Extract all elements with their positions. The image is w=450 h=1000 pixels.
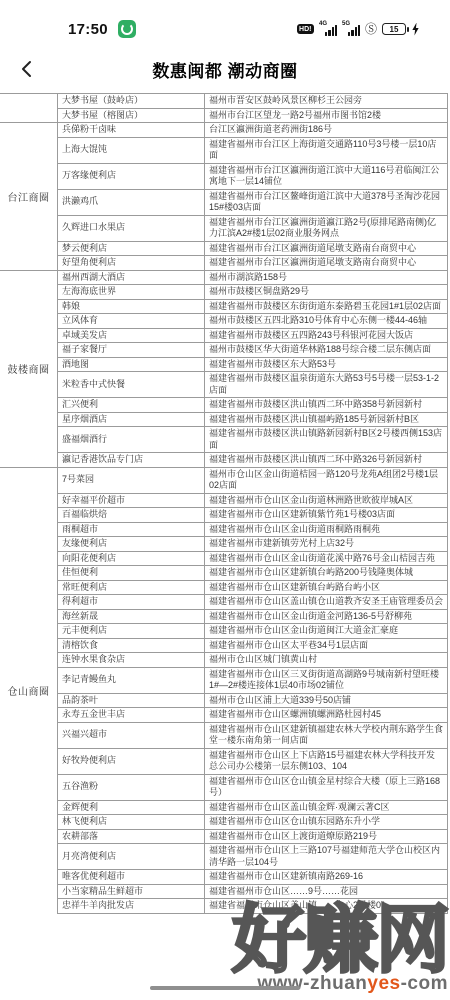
table-row: 左海海底世界福州市鼓楼区铜盘路29号 [58, 285, 447, 300]
table-row: 7号菜园福州市仓山区金山街道桔园一路120号龙苑A组团2号楼1层02店面 [58, 468, 447, 494]
table-row: 卓域美发店福建省福州市鼓楼区五四路243号科银河花园大饭店 [58, 329, 447, 344]
merchant-name: 大梦书屋（鼓岭店） [58, 94, 205, 108]
merchant-address: 福建省福州市仓山区金山街道林洲路世欧彼岸城A区 [205, 494, 447, 508]
table-row: 连钟水果食杂店福州市仓山区城门镇黄山村 [58, 653, 447, 668]
district-rows: 7号菜园福州市仓山区金山街道桔园一路120号龙苑A组团2号楼1层02店面好幸福平… [57, 468, 448, 914]
merchant-name: 金辉便利 [58, 801, 205, 815]
merchant-name: 百福临烘焙 [58, 508, 205, 522]
table-row: 唯客优便利超市福建省福州市仓山区建新镇南路269-16 [58, 870, 447, 885]
merchant-name: 韩娘 [58, 300, 205, 314]
district-group: 台江商圈兵俤粉干卤味台江区瀛洲街道老药洲街186号上海大馄饨福建省福州市台江区上… [0, 122, 448, 270]
table-row: 友缘便利店福建省福州市建新镇劳光村上店32号 [58, 537, 447, 552]
merchant-address: 福建省福州市鼓楼区五四路243号科银河花园大饭店 [205, 329, 447, 343]
merchant-address: 福建省福州市仓山区螺洲镇螺洲路杜园村45 [205, 708, 447, 722]
merchant-address: 福建省福州市仓山区上下店路15号福建农林大学科技开发总公司办公楼第一层东侧103… [205, 749, 447, 774]
merchant-address: 福州市台江区望龙一路2号福州市图书馆2楼 [205, 109, 447, 123]
merchant-name: 连钟水果食杂店 [58, 653, 205, 667]
table-row: 百福临烘焙福建省福州市仓山区建新镇紫竹苑1号楼03店面 [58, 508, 447, 523]
table-row: 福州西湖大酒店福州市湖滨路158号 [58, 271, 447, 286]
watermark: 好赚网 www-zhuanyes-com [232, 906, 448, 994]
merchant-name: 佳恒便利 [58, 566, 205, 580]
merchant-name: 好幸福平价超市 [58, 494, 205, 508]
merchant-address: 福州市鼓楼区华大街道华林路188号综合楼二层东侧店面 [205, 343, 447, 357]
table-row: 农耕部落福建省福州市仓山区上渡街道燎原路219号 [58, 830, 447, 845]
table-row: 立风体育福州市鼓楼区五四北路310号体育中心东侧一楼44-46轴 [58, 314, 447, 329]
merchant-address: 福建省福州市仓山区太平巷34号1层店面 [205, 639, 447, 653]
merchant-name: 久辉进口水果店 [58, 216, 205, 241]
table-row: 月亮湾便利店福建省福州市仓山区上三路107号福建师范大学仓山校区内清华路一层10… [58, 844, 447, 870]
table-row: 洪濑鸡爪福建省福州市台江区鳌峰街道江滨中大道378号圣淘沙花园15#楼03店面 [58, 190, 447, 216]
table-row: 向阳花便利店福建省福州市仓山区金山街道花溪中路76号金山桔园吉苑 [58, 552, 447, 567]
merchant-name: 永寿五金世丰店 [58, 708, 205, 722]
district-rows: 兵俤粉干卤味台江区瀛洲街道老药洲街186号上海大馄饨福建省福州市台江区上海街道交… [57, 123, 448, 270]
table-row: 好幸福平价超市福建省福州市仓山区金山街道林洲路世欧彼岸城A区 [58, 494, 447, 509]
table-row: 万客缘便利店福建省福州市台江区瀛洲街道江滨中大道116号君临闽江公寓地下一层14… [58, 164, 447, 190]
table-row: 李记青鳗鱼丸福建省福州市仓山区三叉街街道高湖路9号城南新村望旺楼1#—2#楼连接… [58, 668, 447, 694]
table-row: 福子家餐厅福州市鼓楼区华大街道华林路188号综合楼二层东侧店面 [58, 343, 447, 358]
merchant-address: 福建省福州市仓山区三叉街街道高湖路9号城南新村望旺楼1#—2#楼连接体1层40市… [205, 668, 447, 693]
table-row: 金辉便利福建省福州市仓山区盖山镇金辉·观澜云著C区 [58, 801, 447, 816]
merchant-name: 洪濑鸡爪 [58, 190, 205, 215]
table-row: 好牧羚便利店福建省福州市仓山区上下店路15号福建农林大学科技开发总公司办公楼第一… [58, 749, 447, 775]
charging-bolt-icon [411, 23, 420, 36]
merchant-name: 好望角便利店 [58, 256, 205, 270]
merchant-name: 米粒香中式快餐 [58, 372, 205, 397]
table-row: 林飞便利店福建省福州市仓山区仓山镇东园路东升小学 [58, 815, 447, 830]
app-header: 数惠闽都 潮动商圈 [0, 46, 450, 92]
merchant-name: 品韵茶叶 [58, 694, 205, 708]
merchant-name: 海丝新晟 [58, 610, 205, 624]
merchant-address: 福州市鼓楼区铜盘路29号 [205, 285, 447, 299]
merchant-address: 福建省福州市仓山区仓山镇东园路东升小学 [205, 815, 447, 829]
clock: 17:50 [68, 21, 108, 38]
merchant-address: 福建省福州市仓山区盖山镇仓山道教齐安圣王庙管理委员会 [205, 595, 447, 609]
merchant-name: 好牧羚便利店 [58, 749, 205, 774]
security-shield-icon: Ⓢ [365, 23, 377, 35]
signal-5g-icon: 5G [342, 22, 360, 36]
merchant-name: 梦云便利店 [58, 242, 205, 256]
merchant-name: 上海大馄饨 [58, 138, 205, 163]
table-row: 盛福烟酒行福建省福州市鼓楼区洪山镇路新园新村B区2号楼西侧153店面 [58, 427, 447, 453]
district-group: 鼓楼商圈福州西湖大酒店福州市湖滨路158号左海海底世界福州市鼓楼区铜盘路29号韩… [0, 270, 448, 467]
table-row: 梦云便利店福建省福州市台江区瀛洲街道尾墩支路南台商贸中心 [58, 242, 447, 257]
merchant-address: 福建省福州市仓山区金山街道金河路136-5号舒柳苑 [205, 610, 447, 624]
merchant-address: 福建省福州市鼓楼区洪山镇西二环中路358号新园新村 [205, 398, 447, 412]
merchant-address: 福州市仓山区城门镇黄山村 [205, 653, 447, 667]
table-row: 元丰便利店福建省福州市仓山区金山街道闽江大道金汇豪庭 [58, 624, 447, 639]
signal-4g-icon: 4G [319, 22, 337, 36]
merchant-address: 福州市鼓楼区五四北路310号体育中心东侧一楼44-46轴 [205, 314, 447, 328]
district-label: 仓山商圈 [0, 468, 57, 914]
merchant-name: 友缘便利店 [58, 537, 205, 551]
merchant-address: 福州市仓山区浦上大道339号50店铺 [205, 694, 447, 708]
table-row: 星序烟酒店福建省福州市鼓楼区洪山镇福屿路185号新园新村B区 [58, 413, 447, 428]
table-row: 汇兴便利福建省福州市鼓楼区洪山镇西二环中路358号新园新村 [58, 398, 447, 413]
merchant-address: 福建省福州市台江区鳌峰街道江滨中大道378号圣淘沙花园15#楼03店面 [205, 190, 447, 215]
watermark-logo: 好赚网 [232, 906, 448, 974]
merchant-name: 盛福烟酒行 [58, 427, 205, 452]
district-label: 鼓楼商圈 [0, 271, 57, 467]
merchant-name: 瀛记香港饮品专门店 [58, 453, 205, 467]
merchant-address: 台江区瀛洲街道老药洲街186号 [205, 123, 447, 137]
merchant-address: 福建省福州市鼓楼区东街街道东泰路碧玉花园1#1层02店面 [205, 300, 447, 314]
merchant-name: 农耕部落 [58, 830, 205, 844]
merchant-address: 福建省福州市仓山区建新镇台屿路200号钱隆奥体城 [205, 566, 447, 580]
merchant-address: 福建省福州市仓山区建新镇福建农林大学校内荆东路学生食堂一楼东南角第一间店面 [205, 723, 447, 748]
table-row: 米粒香中式快餐福建省福州市鼓楼区温泉街道东大路53号5号楼一层53-1-2店面 [58, 372, 447, 398]
merchant-name: 兵俤粉干卤味 [58, 123, 205, 137]
table-row: 雨桐超市福建省福州市仓山区金山街道雨桐路雨桐苑 [58, 523, 447, 538]
merchant-name: 星序烟酒店 [58, 413, 205, 427]
merchant-address: 福建省福州市仓山区金山街道花溪中路76号金山桔园吉苑 [205, 552, 447, 566]
merchant-address: 福建省福州市仓山区建新镇台屿路台屿小区 [205, 581, 447, 595]
table-row: 兴福兴超市福建省福州市仓山区建新镇福建农林大学校内荆东路学生食堂一楼东南角第一间… [58, 723, 447, 749]
merchant-address: 福建省福州市仓山区上三路107号福建师范大学仓山校区内清华路一层104号 [205, 844, 447, 869]
table-row: 常旺便利店福建省福州市仓山区建新镇台屿路台屿小区 [58, 581, 447, 596]
merchant-name: 汇兴便利 [58, 398, 205, 412]
merchant-address: 福州市仓山区金山街道桔园一路120号龙苑A组团2号楼1层02店面 [205, 468, 447, 493]
district-rows: 福州西湖大酒店福州市湖滨路158号左海海底世界福州市鼓楼区铜盘路29号韩娘福建省… [57, 271, 448, 467]
table-row: 小当家精品生鲜超市福建省福州市仓山区……9号……花园 [58, 885, 447, 900]
merchant-address: 福建省福州市仓山区建新镇南路269-16 [205, 870, 447, 884]
merchant-name: 左海海底世界 [58, 285, 205, 299]
battery-icon: 15 [382, 23, 406, 35]
page-title: 数惠闽都 潮动商圈 [152, 57, 297, 82]
watermark-url: www-zhuanyes-com [232, 974, 448, 994]
merchant-address: 福州市湖滨路158号 [205, 271, 447, 285]
district-group: 仓山商圈7号菜园福州市仓山区金山街道桔园一路120号龙苑A组团2号楼1层02店面… [0, 467, 448, 914]
merchant-name: 福州西湖大酒店 [58, 271, 205, 285]
merchant-address: 福建省福州市仓山区盖山镇……中心2号楼01 [205, 899, 447, 913]
table-row: 忠祥牛羊肉批发店福建省福州市仓山区盖山镇……中心2号楼01 [58, 899, 447, 914]
hd-voice-icon: HD! [297, 24, 314, 34]
table-row: 韩娘福建省福州市鼓楼区东街街道东泰路碧玉花园1#1层02店面 [58, 300, 447, 315]
notification-app-icon [118, 20, 136, 38]
district-label [0, 94, 57, 122]
table-row: 清榕饮食福建省福州市仓山区太平巷34号1层店面 [58, 639, 447, 654]
merchant-name: 忠祥牛羊肉批发店 [58, 899, 205, 913]
merchant-name: 常旺便利店 [58, 581, 205, 595]
table-row: 久辉进口水果店福建省福州市台江区瀛洲街道瀛江路2号(原排尾路南侧)亿力江滨A2#… [58, 216, 447, 242]
merchant-address: 福州市晋安区鼓岭风景区柳杉王公园旁 [205, 94, 447, 108]
merchant-name: 元丰便利店 [58, 624, 205, 638]
merchant-table[interactable]: 大梦书屋（鼓岭店）福州市晋安区鼓岭风景区柳杉王公园旁大梦书屋（榕图店）福州市台江… [0, 93, 448, 914]
merchant-address: 福建省福州市仓山区金山街道雨桐路雨桐苑 [205, 523, 447, 537]
table-row: 佳恒便利福建省福州市仓山区建新镇台屿路200号钱隆奥体城 [58, 566, 447, 581]
merchant-name: 向阳花便利店 [58, 552, 205, 566]
table-row: 大梦书屋（鼓岭店）福州市晋安区鼓岭风景区柳杉王公园旁 [58, 94, 447, 109]
merchant-name: 兴福兴超市 [58, 723, 205, 748]
back-button[interactable] [14, 56, 40, 82]
merchant-name: 林飞便利店 [58, 815, 205, 829]
chevron-left-icon [18, 60, 36, 78]
merchant-name: 万客缘便利店 [58, 164, 205, 189]
merchant-address: 福建省福州市仓山区上渡街道燎原路219号 [205, 830, 447, 844]
table-row: 好望角便利店福建省福州市台江区瀛洲街道尾墩支路南台商贸中心 [58, 256, 447, 270]
merchant-name: 立风体育 [58, 314, 205, 328]
merchant-address: 福建省福州市台江区瀛洲街道尾墩支路南台商贸中心 [205, 242, 447, 256]
home-indicator[interactable] [150, 986, 300, 991]
merchant-name: 五谷渔粉 [58, 775, 205, 800]
table-row: 酒地图福建省福州市鼓楼区东大路53号 [58, 358, 447, 373]
merchant-address: 福建省福州市仓山区盖山镇金辉·观澜云著C区 [205, 801, 447, 815]
merchant-address: 福建省福州市台江区瀛洲街道尾墩支路南台商贸中心 [205, 256, 447, 270]
merchant-name: 卓域美发店 [58, 329, 205, 343]
district-group: 大梦书屋（鼓岭店）福州市晋安区鼓岭风景区柳杉王公园旁大梦书屋（榕图店）福州市台江… [0, 93, 448, 122]
status-bar: 17:50 HD! 4G 5G Ⓢ 15 [0, 0, 450, 46]
table-row: 得利超市福建省福州市仓山区盖山镇仓山道教齐安圣王庙管理委员会 [58, 595, 447, 610]
merchant-address: 福建省福州市仓山区建新镇紫竹苑1号楼03店面 [205, 508, 447, 522]
merchant-address: 福建省福州市建新镇劳光村上店32号 [205, 537, 447, 551]
merchant-name: 雨桐超市 [58, 523, 205, 537]
merchant-name: 大梦书屋（榕图店） [58, 109, 205, 123]
merchant-address: 福建省福州市鼓楼区洪山镇西二环中路326号新园新村 [205, 453, 447, 467]
merchant-address: 福建省福州市台江区瀛洲街道江滨中大道116号君临闽江公寓地下一层14铺位 [205, 164, 447, 189]
table-row: 瀛记香港饮品专门店福建省福州市鼓楼区洪山镇西二环中路326号新园新村 [58, 453, 447, 467]
merchant-address: 福建省福州市仓山区仓山镇金星村综合大楼（原上三路168号） [205, 775, 447, 800]
merchant-address: 福建省福州市仓山区……9号……花园 [205, 885, 447, 899]
merchant-address: 福建省福州市鼓楼区东大路53号 [205, 358, 447, 372]
merchant-name: 小当家精品生鲜超市 [58, 885, 205, 899]
district-rows: 大梦书屋（鼓岭店）福州市晋安区鼓岭风景区柳杉王公园旁大梦书屋（榕图店）福州市台江… [57, 94, 448, 122]
table-row: 五谷渔粉福建省福州市仓山区仓山镇金星村综合大楼（原上三路168号） [58, 775, 447, 801]
table-row: 大梦书屋（榕图店）福州市台江区望龙一路2号福州市图书馆2楼 [58, 109, 447, 123]
battery-percent: 15 [390, 25, 399, 34]
merchant-name: 月亮湾便利店 [58, 844, 205, 869]
merchant-address: 福建省福州市鼓楼区温泉街道东大路53号5号楼一层53-1-2店面 [205, 372, 447, 397]
merchant-name: 李记青鳗鱼丸 [58, 668, 205, 693]
merchant-address: 福建省福州市鼓楼区洪山镇福屿路185号新园新村B区 [205, 413, 447, 427]
merchant-name: 酒地图 [58, 358, 205, 372]
table-row: 永寿五金世丰店福建省福州市仓山区螺洲镇螺洲路杜园村45 [58, 708, 447, 723]
merchant-name: 唯客优便利超市 [58, 870, 205, 884]
table-row: 兵俤粉干卤味台江区瀛洲街道老药洲街186号 [58, 123, 447, 138]
merchant-name: 福子家餐厅 [58, 343, 205, 357]
merchant-name: 7号菜园 [58, 468, 205, 493]
merchant-address: 福建省福州市仓山区金山街道闽江大道金汇豪庭 [205, 624, 447, 638]
merchant-name: 得利超市 [58, 595, 205, 609]
merchant-name: 清榕饮食 [58, 639, 205, 653]
merchant-address: 福建省福州市鼓楼区洪山镇路新园新村B区2号楼西侧153店面 [205, 427, 447, 452]
table-row: 品韵茶叶福州市仓山区浦上大道339号50店铺 [58, 694, 447, 709]
merchant-address: 福建省福州市台江区上海街道交通路110号3号楼一层10店面 [205, 138, 447, 163]
table-row: 上海大馄饨福建省福州市台江区上海街道交通路110号3号楼一层10店面 [58, 138, 447, 164]
table-row: 海丝新晟福建省福州市仓山区金山街道金河路136-5号舒柳苑 [58, 610, 447, 625]
merchant-address: 福建省福州市台江区瀛洲街道瀛江路2号(原排尾路南侧)亿力江滨A2#楼1层02商业… [205, 216, 447, 241]
district-label: 台江商圈 [0, 123, 57, 270]
